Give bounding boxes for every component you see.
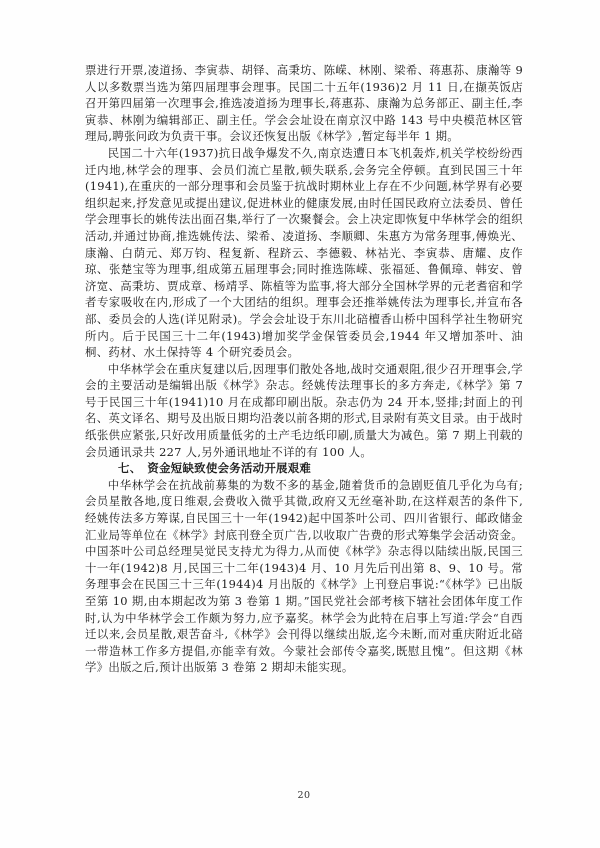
section-heading: 七、 资金短缺致使会务活动开展艰难 [85,460,523,477]
paragraph: 中华林学会在抗战前募集的为数不多的基金,随着货币的急剧贬值几乎化为乌有;会员星散… [85,477,523,676]
document-page: 票进行开票,凌道扬、李寅恭、胡铎、高秉坊、陈嵘、林刚、梁希、蒋惠荪、康瀚等 9 … [0,0,600,848]
paragraph: 民国二十六年(1937)抗日战争爆发不久,南京迭遭日本飞机轰炸,机关学校纷纷西迁… [85,145,523,361]
paragraph: 中华林学会在重庆复建以后,因理事们散处各地,战时交通艰阻,很少召开理事会,学会的… [85,361,523,461]
page-number: 20 [297,790,310,801]
paragraph-continuation: 票进行开票,凌道扬、李寅恭、胡铎、高秉坊、陈嵘、林刚、梁希、蒋惠荪、康瀚等 9 … [85,62,523,145]
article-body: 票进行开票,凌道扬、李寅恭、胡铎、高秉坊、陈嵘、林刚、梁希、蒋惠荪、康瀚等 9 … [85,62,523,676]
page-footer: 20 [85,783,523,802]
